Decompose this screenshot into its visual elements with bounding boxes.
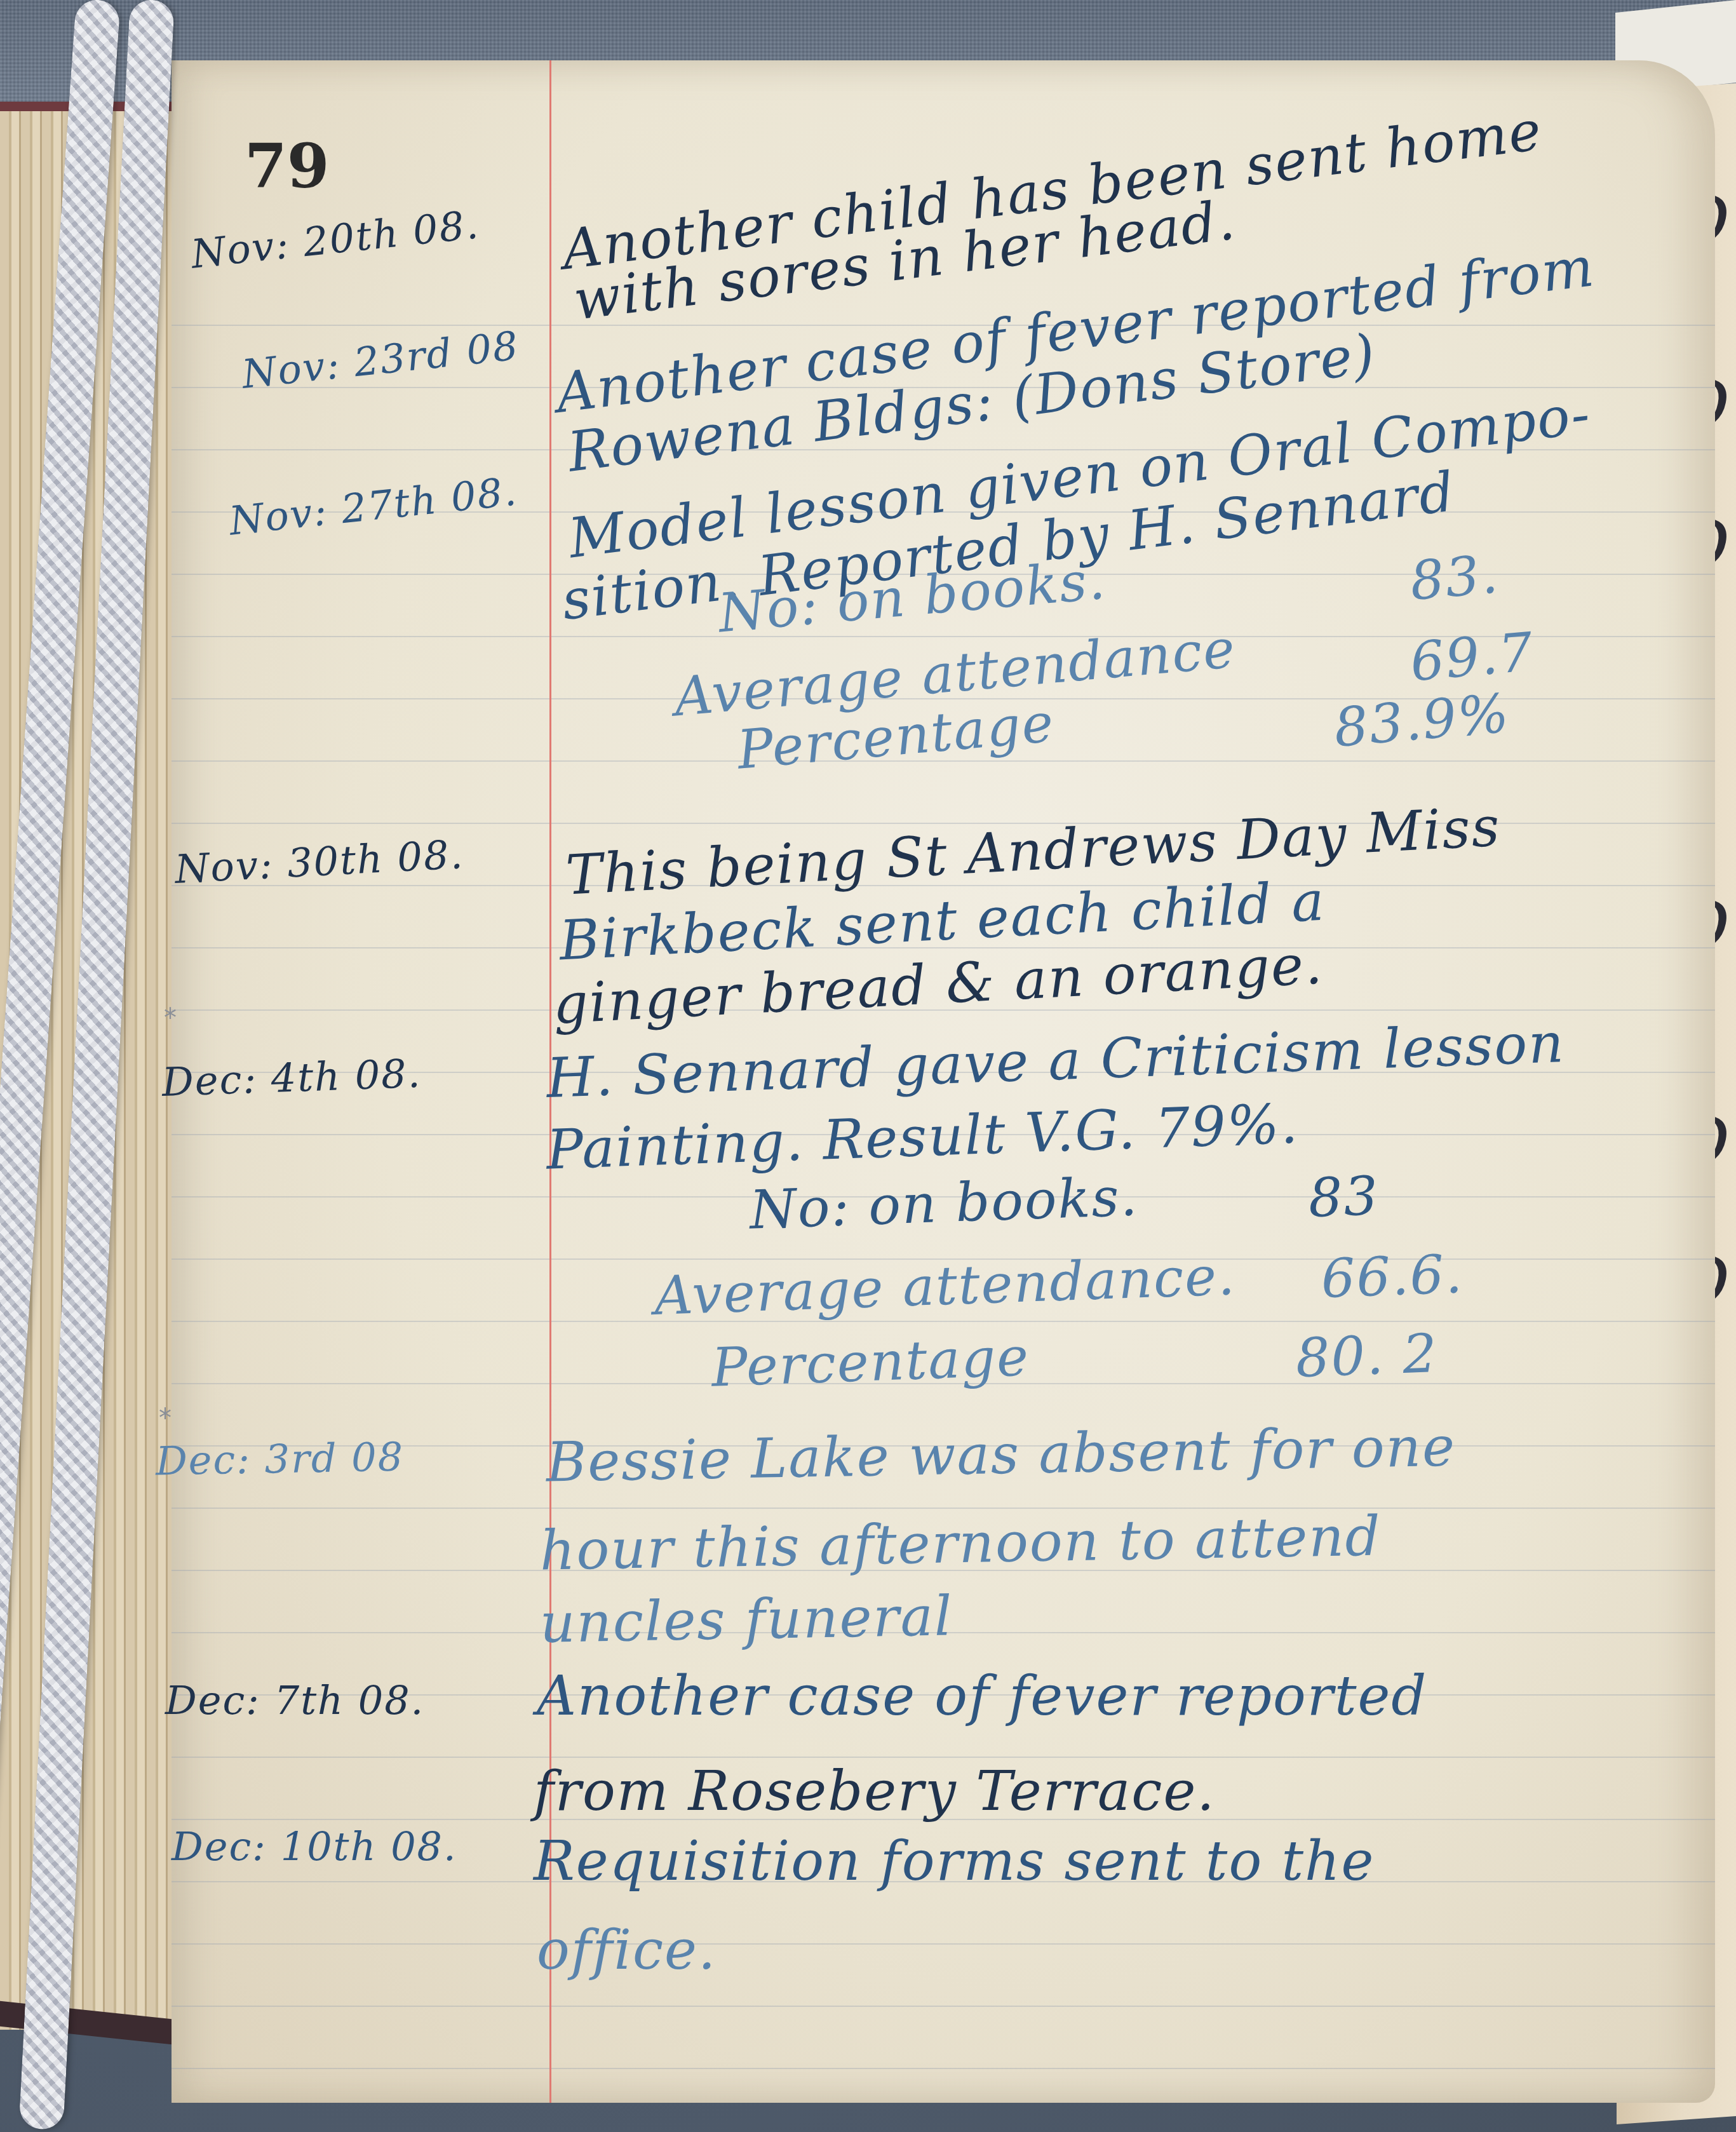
- entry-line: from Rosebery Terrace.: [534, 1760, 1216, 1823]
- stat-value: 83.: [1408, 543, 1502, 612]
- page-number: 79: [245, 130, 330, 202]
- stat-value: 66.6.: [1320, 1243, 1464, 1310]
- stat-label: Percentage: [710, 1325, 1030, 1398]
- entry-date: Dec: 10th 08.: [172, 1823, 457, 1870]
- entry-line: uncles funeral: [539, 1584, 953, 1655]
- asterisk-mark: *: [164, 1004, 177, 1033]
- stat-value: 80. 2: [1295, 1322, 1439, 1389]
- entry-line: Another case of fever reported: [537, 1664, 1427, 1728]
- entry-date: Dec: 7th 08.: [165, 1677, 424, 1724]
- asterisk-mark: *: [159, 1404, 172, 1433]
- entry-line: office.: [537, 1919, 717, 1982]
- entry-line: Requisition forms sent to the: [534, 1830, 1375, 1893]
- stat-value: 83: [1307, 1164, 1380, 1229]
- photo-scene: D D D D D D 79 Nov: 20th 08. Another chi…: [0, 0, 1736, 2132]
- entry-date: Dec: 3rd 08: [155, 1434, 404, 1485]
- stat-value: 69.7: [1408, 621, 1537, 694]
- entry-date: Dec: 4th 08.: [161, 1050, 422, 1105]
